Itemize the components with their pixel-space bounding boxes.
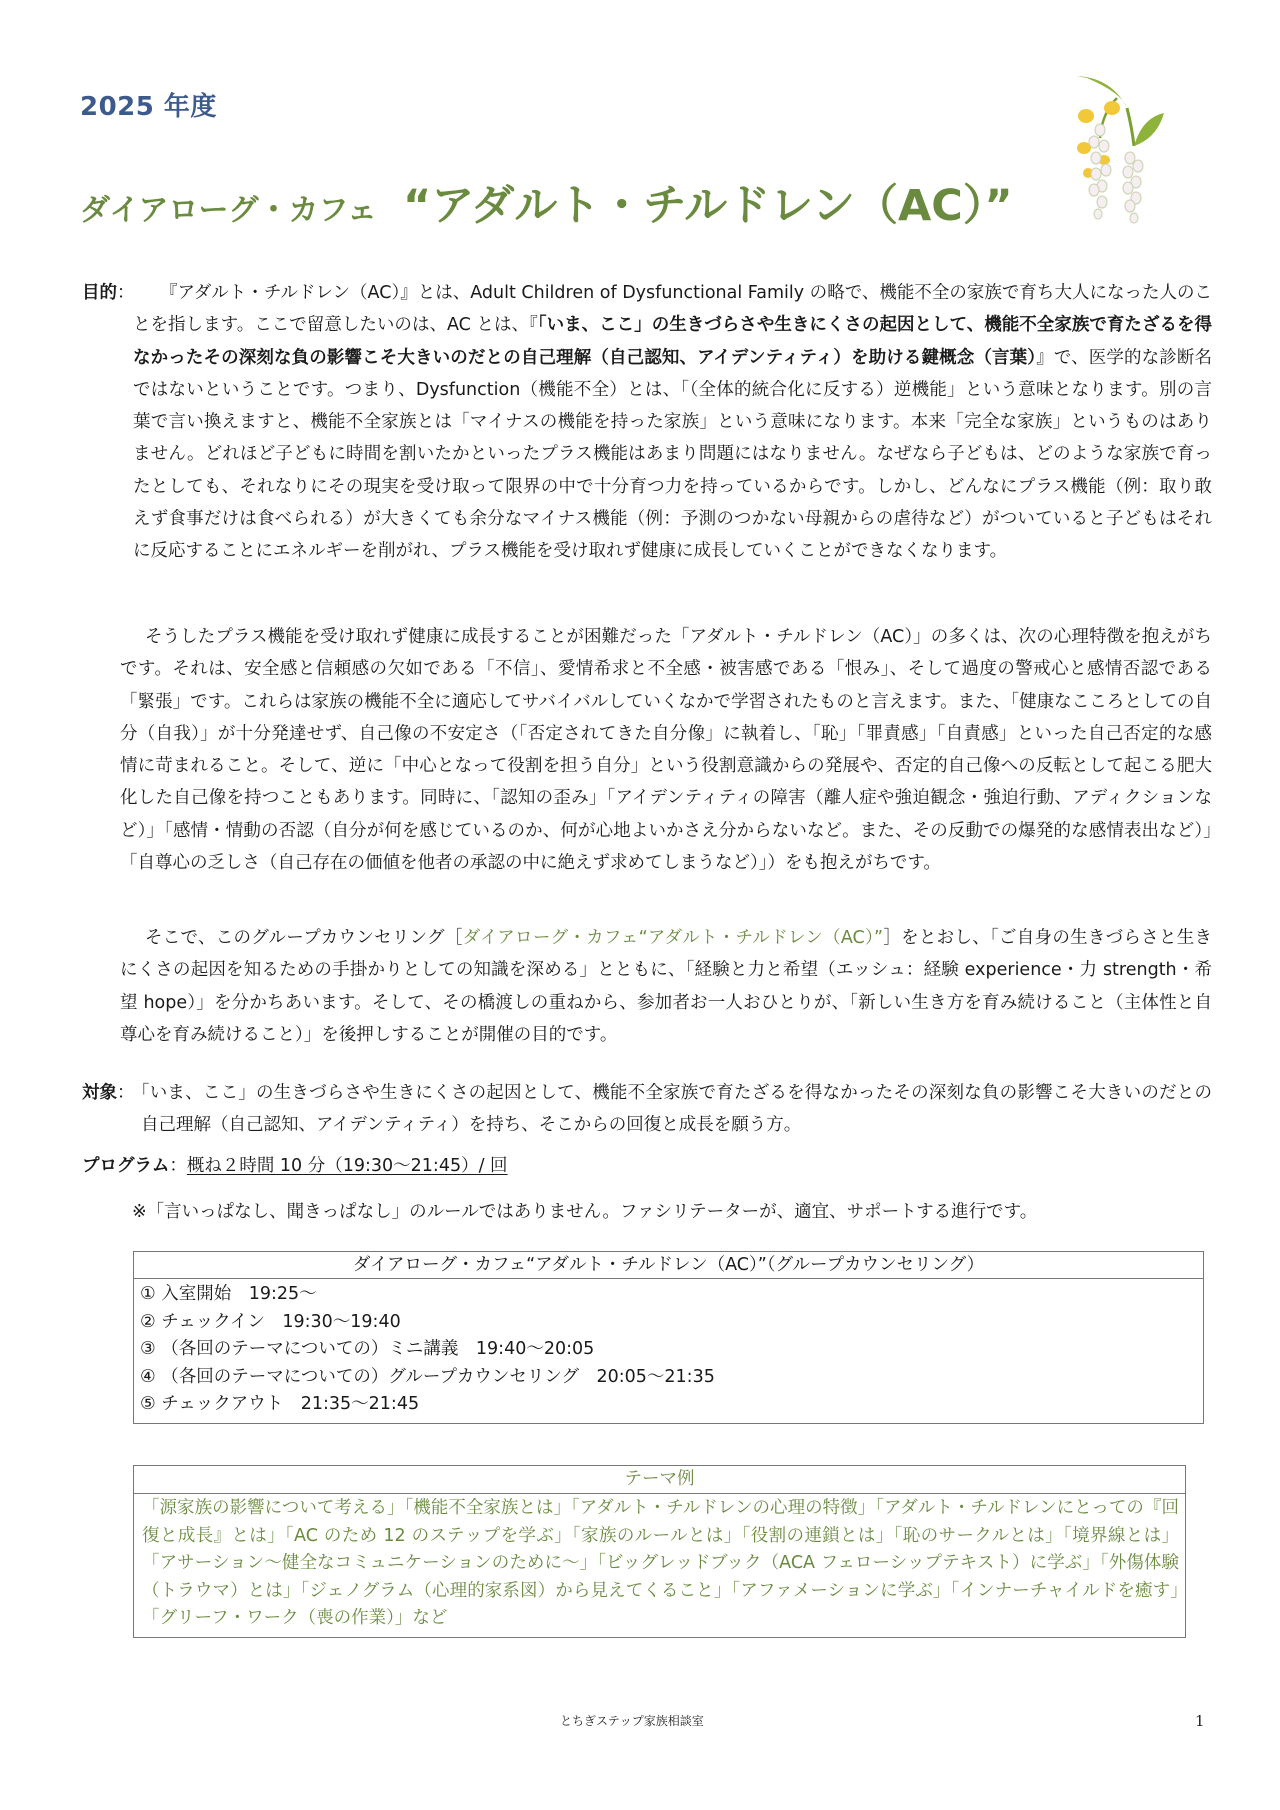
schedule-table-header: ダイアローグ・カフェ“アダルト・チルドレン（AC）”（グループカウンセリング） xyxy=(134,1252,1203,1279)
theme-examples-box: テーマ例 「源家族の影響について考える」「機能不全家族とは」「アダルト・チルドレ… xyxy=(133,1465,1186,1638)
theme-examples-text: 「源家族の影響について考える」「機能不全家族とは」「アダルト・チルドレンの心理の… xyxy=(134,1494,1185,1637)
fiscal-year-heading: 2025 年度 xyxy=(80,86,217,123)
purpose-paragraph-3: そこで、このグループカウンセリング［ダイアローグ・カフェ“アダルト・チルドレン（… xyxy=(120,922,1212,1051)
target-section: 対象： 「いま、ここ」の生きづらさや生きにくさの起因として、機能不全家族で育たざ… xyxy=(82,1077,1212,1142)
schedule-row: ① 入室開始 19:25～ xyxy=(140,1281,1197,1309)
purpose-section: 目的： 『アダルト・チルドレン（AC）』とは、Adult Children of… xyxy=(82,277,1212,568)
target-text: 「いま、ここ」の生きづらさや生きにくさの起因として、機能不全家族で育たざるを得な… xyxy=(132,1077,1212,1142)
purpose-label: 目的： xyxy=(82,277,135,309)
flower-illustration-icon xyxy=(1072,68,1172,228)
title-main: “アダルト・チルドレン（AC）” xyxy=(403,181,1013,231)
purpose-paragraph-1: 『アダルト・チルドレン（AC）』とは、Adult Children of Dys… xyxy=(133,277,1212,568)
schedule-row: ② チェックイン 19:30～19:40 xyxy=(140,1309,1197,1337)
theme-examples-header: テーマ例 xyxy=(134,1466,1185,1494)
target-label: 対象： xyxy=(82,1077,135,1109)
schedule-row: ⑤ チェックアウト 21:35～21:45 xyxy=(140,1391,1197,1419)
schedule-row: ④ （各回のテーマについての）グループカウンセリング 20:05～21:35 xyxy=(140,1364,1197,1392)
title-prefix: ダイアローグ・カフェ xyxy=(80,193,377,228)
footer-organization: とちぎステップ家族相談室 xyxy=(560,1712,704,1729)
page-number: 1 xyxy=(1195,1712,1205,1730)
page-title: ダイアローグ・カフェ“アダルト・チルドレン（AC）” xyxy=(80,172,1013,233)
program-note: ※「言いっぱなし、聞きっぱなし」のルールではありません。ファシリテーターが、適宜… xyxy=(132,1198,1037,1223)
program-label: プログラム： xyxy=(82,1156,187,1176)
program-duration: 概ね２時間 10 分（19:30～21:45）/ 回 xyxy=(187,1156,508,1176)
purpose-paragraph-2: そうしたプラス機能を受け取れず健康に成長することが困難だった「アダルト・チルドレ… xyxy=(120,621,1212,879)
program-name-highlight: ダイアローグ・カフェ“アダルト・チルドレン（AC）” xyxy=(463,928,883,948)
program-section: プログラム：概ね２時間 10 分（19:30～21:45）/ 回 xyxy=(82,1152,508,1177)
schedule-table: ダイアローグ・カフェ“アダルト・チルドレン（AC）”（グループカウンセリング） … xyxy=(133,1251,1204,1424)
schedule-row: ③ （各回のテーマについての）ミニ講義 19:40～20:05 xyxy=(140,1336,1197,1364)
